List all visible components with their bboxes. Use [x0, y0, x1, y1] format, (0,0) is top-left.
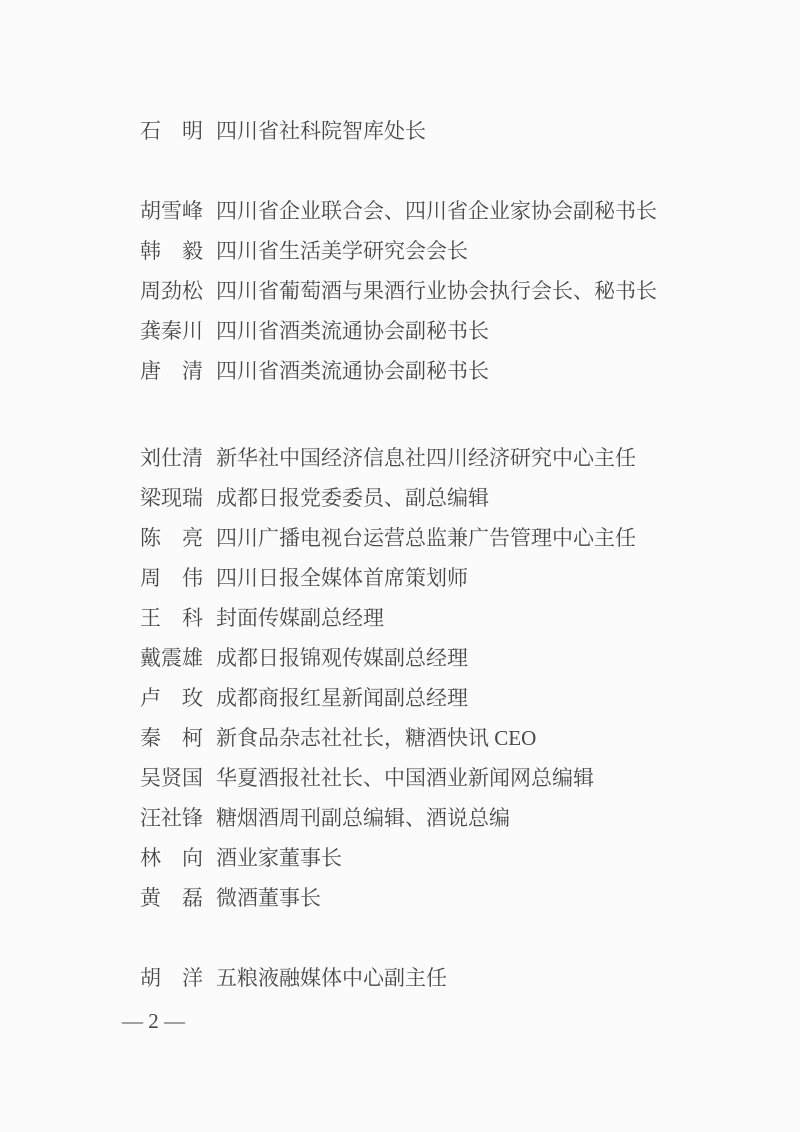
person-title: 成都日报锦观传媒副总经理 [216, 646, 468, 670]
document-page: 石 明四川省社科院智库处长 胡雪峰四川省企业联合会、四川省企业家协会副秘书长 韩… [0, 0, 800, 1132]
person-title: 华夏酒报社社长、中国酒业新闻网总编辑 [216, 766, 594, 790]
person-name: 周 伟 [140, 558, 204, 598]
roster-row: 胡 洋五粮液融媒体中心副主任 [140, 958, 657, 998]
person-title: 四川省生活美学研究会会长 [216, 239, 468, 263]
person-title: 五粮液融媒体中心副主任 [216, 966, 447, 990]
roster-row: 韩 毅四川省生活美学研究会会长 [140, 231, 657, 271]
person-name: 林 向 [140, 838, 204, 878]
page-number: — 2 — [122, 1001, 185, 1041]
person-name: 韩 毅 [140, 231, 204, 271]
person-name: 黄 磊 [140, 878, 204, 918]
person-name: 胡 洋 [140, 958, 204, 998]
roster-group: 胡雪峰四川省企业联合会、四川省企业家协会副秘书长 韩 毅四川省生活美学研究会会长… [140, 191, 657, 391]
person-name: 梁现瑞 [140, 478, 204, 518]
roster-row: 龚秦川四川省酒类流通协会副秘书长 [140, 311, 657, 351]
person-name: 王 科 [140, 598, 204, 638]
roster-row: 戴震雄成都日报锦观传媒副总经理 [140, 638, 657, 678]
roster-row: 周劲松四川省葡萄酒与果酒行业协会执行会长、秘书长 [140, 271, 657, 311]
person-title: 四川省葡萄酒与果酒行业协会执行会长、秘书长 [216, 279, 657, 303]
roster-row: 陈 亮四川广播电视台运营总监兼广告管理中心主任 [140, 518, 657, 558]
person-title: 四川省酒类流通协会副秘书长 [216, 319, 489, 343]
person-title: 成都商报红星新闻副总经理 [216, 686, 468, 710]
person-name: 胡雪峰 [140, 191, 204, 231]
roster-row: 吴贤国华夏酒报社社长、中国酒业新闻网总编辑 [140, 758, 657, 798]
roster-row: 卢 玫成都商报红星新闻副总经理 [140, 678, 657, 718]
person-name: 吴贤国 [140, 758, 204, 798]
person-title: 新食品杂志社社长，糖酒快讯 CEO [216, 726, 536, 750]
person-name: 戴震雄 [140, 638, 204, 678]
roster-group: 刘仕清新华社中国经济信息社四川经济研究中心主任 梁现瑞成都日报党委委员、副总编辑… [140, 438, 657, 918]
person-title: 成都日报党委委员、副总编辑 [216, 486, 489, 510]
person-title: 封面传媒副总经理 [216, 606, 384, 630]
person-title: 酒业家董事长 [216, 846, 342, 870]
person-name: 卢 玫 [140, 678, 204, 718]
person-title: 四川日报全媒体首席策划师 [216, 566, 468, 590]
person-title: 糖烟酒周刊副总编辑、酒说总编 [216, 806, 510, 830]
roster-row: 秦 柯新食品杂志社社长，糖酒快讯 CEO [140, 718, 657, 758]
person-title: 新华社中国经济信息社四川经济研究中心主任 [216, 446, 636, 470]
roster-row: 梁现瑞成都日报党委委员、副总编辑 [140, 478, 657, 518]
person-name: 秦 柯 [140, 718, 204, 758]
person-name: 陈 亮 [140, 518, 204, 558]
person-name: 龚秦川 [140, 311, 204, 351]
person-name: 唐 清 [140, 351, 204, 391]
person-name: 汪社锋 [140, 798, 204, 838]
roster-row: 王 科封面传媒副总经理 [140, 598, 657, 638]
roster-group: 石 明四川省社科院智库处长 [140, 111, 657, 151]
person-title: 四川省企业联合会、四川省企业家协会副秘书长 [216, 199, 657, 223]
roster-row: 胡雪峰四川省企业联合会、四川省企业家协会副秘书长 [140, 191, 657, 231]
person-title: 四川省社科院智库处长 [216, 119, 426, 143]
person-title: 微酒董事长 [216, 886, 321, 910]
person-name: 刘仕清 [140, 438, 204, 478]
person-title: 四川广播电视台运营总监兼广告管理中心主任 [216, 526, 636, 550]
roster-row: 刘仕清新华社中国经济信息社四川经济研究中心主任 [140, 438, 657, 478]
roster-row: 黄 磊微酒董事长 [140, 878, 657, 918]
roster-row: 唐 清四川省酒类流通协会副秘书长 [140, 351, 657, 391]
roster: 石 明四川省社科院智库处长 胡雪峰四川省企业联合会、四川省企业家协会副秘书长 韩… [140, 111, 657, 998]
roster-row: 汪社锋糖烟酒周刊副总编辑、酒说总编 [140, 798, 657, 838]
person-name: 石 明 [140, 111, 204, 151]
roster-row: 周 伟四川日报全媒体首席策划师 [140, 558, 657, 598]
roster-group: 胡 洋五粮液融媒体中心副主任 [140, 958, 657, 998]
roster-row: 石 明四川省社科院智库处长 [140, 111, 657, 151]
roster-row: 林 向酒业家董事长 [140, 838, 657, 878]
person-name: 周劲松 [140, 271, 204, 311]
person-title: 四川省酒类流通协会副秘书长 [216, 359, 489, 383]
